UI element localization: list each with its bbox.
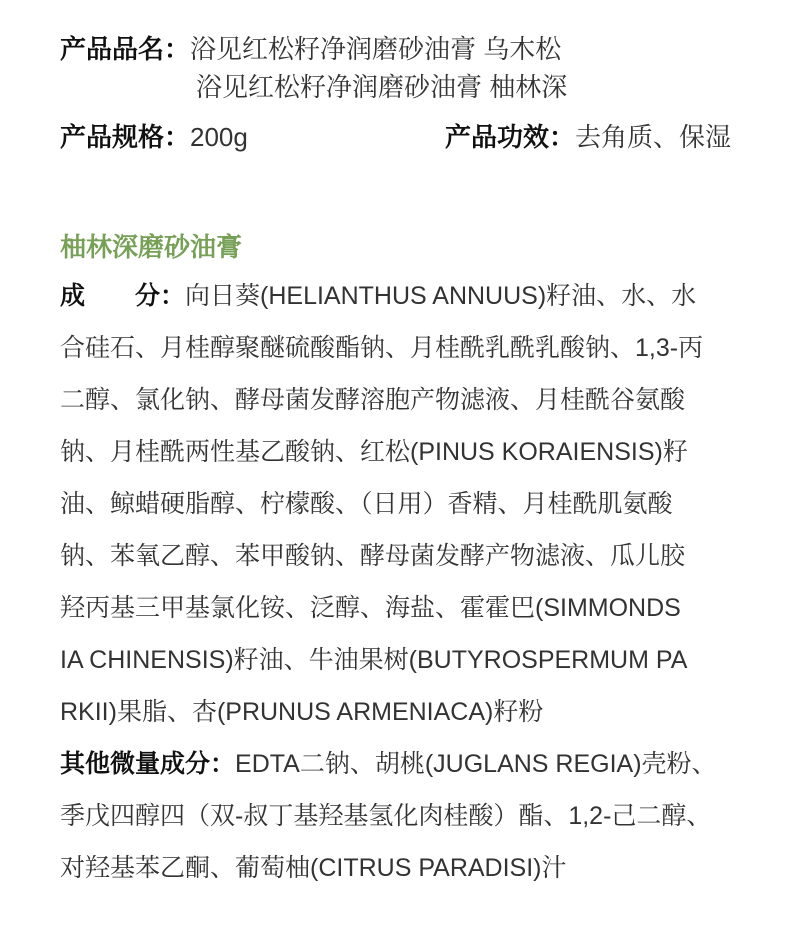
section-heading: 柚林深磨砂油膏: [60, 228, 742, 266]
efficacy-value: 去角质、保湿: [575, 118, 731, 156]
efficacy-label: 产品功效：: [445, 118, 575, 156]
trace-ingredients-first-line: 其他微量成分：EDTA二钠、胡桃(JUGLANS REGIA)壳粉、: [60, 738, 742, 790]
ingredient-line: IA CHINENSIS)籽油、牛油果树(BUTYROSPERMUM PA: [60, 634, 742, 686]
ingredient-line: 合硅石、月桂醇聚醚硫酸酯钠、月桂酰乳酰乳酸钠、1,3-丙: [60, 322, 742, 374]
spec-group: 产品规格： 200g: [60, 118, 445, 156]
product-name-row-2: 浴见红松籽净润磨砂油膏 柚林深: [60, 68, 742, 106]
spec-value: 200g: [190, 118, 248, 156]
ingredient-line: 羟丙基三甲基氯化铵、泛醇、海盐、霍霍巴(SIMMONDS: [60, 582, 742, 634]
trace-ingredient-line: 对羟基苯乙酮、葡萄柚(CITRUS PARADISI)汁: [60, 842, 742, 894]
efficacy-group: 产品功效： 去角质、保湿: [445, 118, 731, 156]
ingredient-line: 钠、苯氧乙醇、苯甲酸钠、酵母菌发酵产物滤液、瓜儿胶: [60, 530, 742, 582]
product-name-label: 产品品名：: [60, 30, 190, 68]
ingredient-line: 油、鲸蜡硬脂醇、柠檬酸、（日用）香精、月桂酰肌氨酸: [60, 478, 742, 530]
product-name-row: 产品品名： 浴见红松籽净润磨砂油膏 乌木松: [60, 30, 742, 68]
trace-ingredient-line: 季戊四醇四（双-叔丁基羟基氢化肉桂酸）酯、1,2-己二醇、: [60, 790, 742, 842]
product-name-value-2: 浴见红松籽净润磨砂油膏 柚林深: [196, 72, 567, 102]
ingredient-line: 钠、月桂酰两性基乙酸钠、红松(PINUS KORAIENSIS)籽: [60, 426, 742, 478]
ingredients-first-line: 成 分：向日葵(HELIANTHUS ANNUUS)籽油、水、水: [60, 270, 742, 322]
ingredients-first-text: 向日葵(HELIANTHUS ANNUUS)籽油、水、水: [185, 282, 696, 310]
ingredient-line: RKII)果脂、杏(PRUNUS ARMENIACA)籽粉: [60, 686, 742, 738]
trace-ingredients-label: 其他微量成分：: [60, 750, 235, 778]
trace-ingredients-first-text: EDTA二钠、胡桃(JUGLANS REGIA)壳粉、: [235, 750, 717, 778]
spec-label: 产品规格：: [60, 118, 190, 156]
product-name-value-1: 浴见红松籽净润磨砂油膏 乌木松: [190, 30, 561, 68]
ingredients-label: 成 分：: [60, 282, 185, 310]
ingredients-paragraph: 成 分：向日葵(HELIANTHUS ANNUUS)籽油、水、水 合硅石、月桂醇…: [60, 270, 742, 894]
ingredient-line: 二醇、氯化钠、酵母菌发酵溶胞产物滤液、月桂酰谷氨酸: [60, 374, 742, 426]
product-spec-sheet: 产品品名： 浴见红松籽净润磨砂油膏 乌木松 浴见红松籽净润磨砂油膏 柚林深 产品…: [0, 0, 800, 927]
spec-efficacy-row: 产品规格： 200g 产品功效： 去角质、保湿: [60, 118, 742, 156]
